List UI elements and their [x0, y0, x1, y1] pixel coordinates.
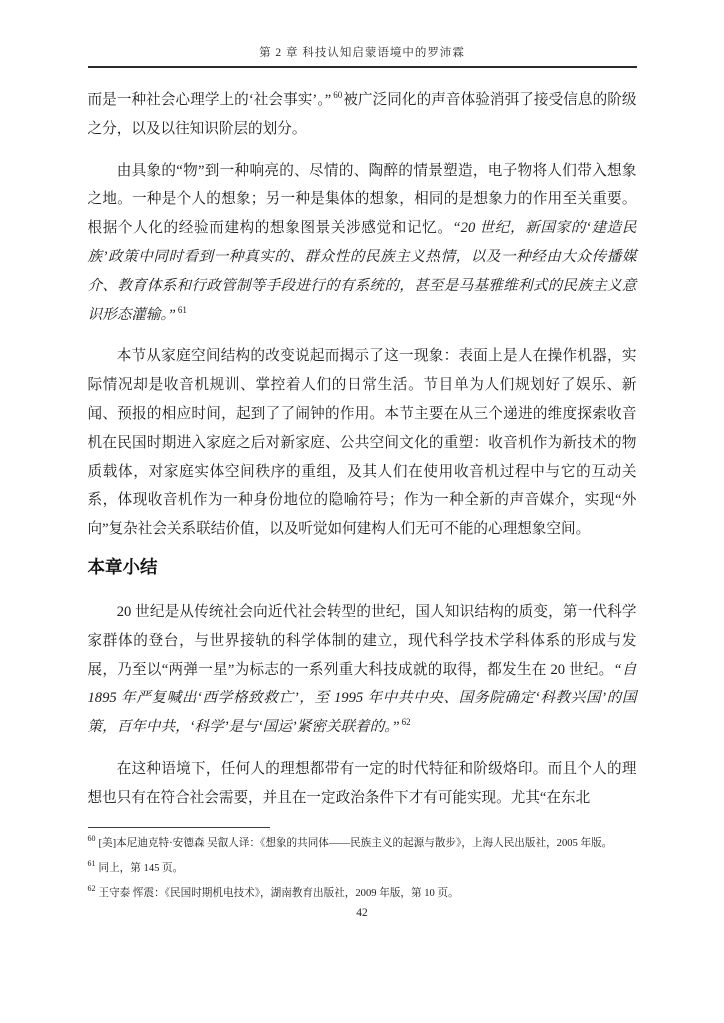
footnote-60-text: [美]本尼迪克特·安德森 吴叡人译：《想象的共同体——民族主义的起源与散步》，上…: [99, 838, 613, 849]
footnote-item-60: 60[美]本尼迪克特·安德森 吴叡人译：《想象的共同体——民族主义的起源与散步》…: [88, 831, 637, 856]
paragraph-3-text: 本节从家庭空间结构的改变说起而揭示了这一现象：表面上是人在操作机器，实际情况却是…: [88, 348, 637, 537]
running-header: 第 2 章 科技认知启蒙语境中的罗沛霖: [88, 0, 637, 68]
summary-text-column: 20 世纪是从传统社会向近代社会转型的世纪，国人知识结构的质变，第一代科学家群体…: [88, 598, 637, 813]
body-paragraph-5: 在这种语境下，任何人的理想都带有一定的时代特征和阶级烙印。而且个人的理想也只有在…: [88, 755, 637, 813]
paragraph-5-text: 在这种语境下，任何人的理想都带有一定的时代特征和阶级烙印。而且个人的理想也只有在…: [88, 761, 637, 806]
document-page: 第 2 章 科技认知启蒙语境中的罗沛霖 而是一种社会心理学上的‘社会事实’。”6…: [0, 0, 724, 1023]
chapter-header-title: 第 2 章 科技认知启蒙语境中的罗沛霖: [259, 47, 465, 59]
body-paragraph-3: 本节从家庭空间结构的改变说起而揭示了这一现象：表面上是人在操作机器，实际情况却是…: [88, 342, 637, 544]
footnote-ref-61: 61: [178, 305, 187, 315]
body-text-column: 而是一种社会心理学上的‘社会事实’。”60被广泛同化的声音体验消弭了接受信息的阶…: [88, 86, 637, 544]
paragraph-4-text: 20 世纪是从传统社会向近代社会转型的世纪，国人知识结构的质变，第一代科学家群体…: [88, 604, 637, 678]
footnote-item-61: 61同上，第 145 页。: [88, 856, 637, 881]
footnote-ref-60: 60: [333, 90, 342, 100]
body-paragraph-4: 20 世纪是从传统社会向近代社会转型的世纪，国人知识结构的质变，第一代科学家群体…: [88, 598, 637, 742]
footnote-62-text: 王守泰 恽震：《民国时期机电技术》，湖南教育出版社，2009 年版，第 10 页…: [99, 888, 459, 899]
footnote-62-marker: 62: [88, 884, 96, 893]
page-number: 42: [88, 907, 637, 919]
footnotes-section: 60[美]本尼迪克特·安德森 吴叡人译：《想象的共同体——民族主义的起源与散步》…: [88, 827, 637, 906]
footnote-60-marker: 60: [88, 834, 96, 843]
footnote-ref-62: 62: [402, 717, 411, 727]
body-paragraph-1: 而是一种社会心理学上的‘社会事实’。”60被广泛同化的声音体验消弭了接受信息的阶…: [88, 86, 637, 144]
footnote-item-62: 62王守泰 恽震：《民国时期机电技术》，湖南教育出版社，2009 年版，第 10…: [88, 881, 637, 906]
footnote-61-text: 同上，第 145 页。: [99, 863, 184, 874]
section-heading-chapter-summary: 本章小结: [88, 555, 637, 579]
paragraph-1-text: 而是一种社会心理学上的‘社会事实’。”: [88, 92, 332, 108]
footnote-61-marker: 61: [88, 859, 96, 868]
body-paragraph-2: 由具象的“物”到一种响亮的、尽情的、陶醉的情景塑造，电子物将人们带入想象之地。一…: [88, 157, 637, 330]
footnote-separator-rule: [88, 827, 270, 828]
